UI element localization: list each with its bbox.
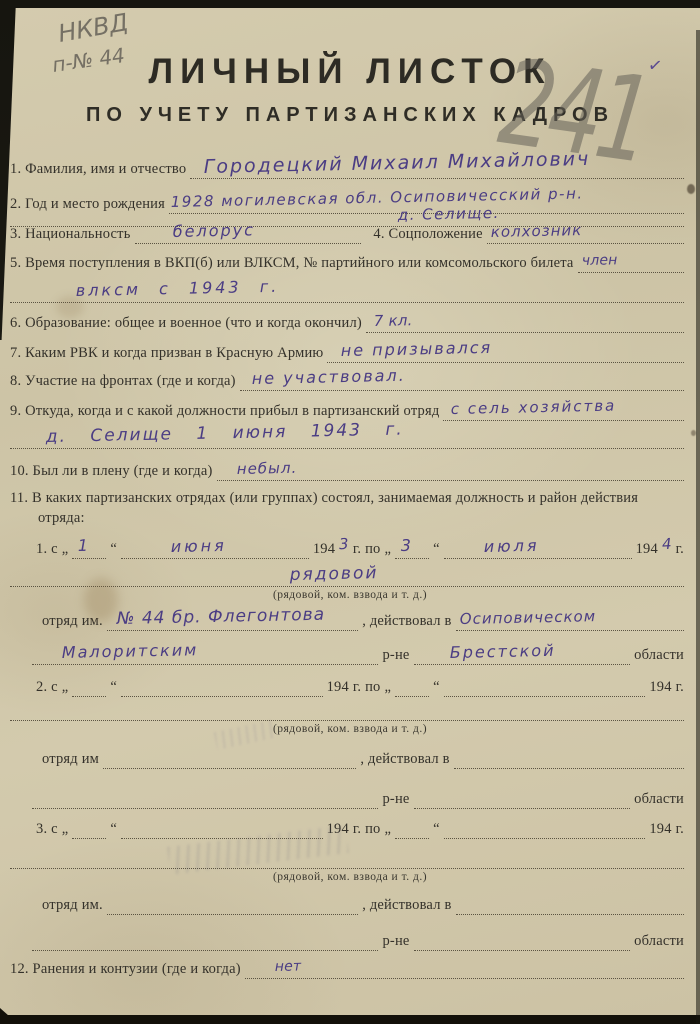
service-entry-1-unit: отряд им. № 44 бр. Флегонтова , действов… [40, 610, 686, 631]
oblast-label: области [632, 645, 686, 665]
field-label: 3. Национальность [8, 224, 133, 244]
to-label: г. по [351, 677, 383, 697]
handwritten-value: небыл. [236, 458, 297, 479]
service-entry-3-dates: 3. с „ “ 194 г. по „ “ 194 г. [34, 818, 686, 839]
handwritten-value: д. Селище. [398, 203, 500, 225]
handwritten-value: колхозник [490, 220, 582, 242]
service-entry-1-position: рядовой [8, 566, 686, 587]
service-entry-2-region: р-не области [30, 788, 686, 809]
handwritten-position: рядовой [290, 563, 379, 585]
field-rvk-draft: 7. Каким РВК и когда призван в Красную А… [8, 342, 686, 363]
acted-label: , действовал в [360, 611, 453, 631]
field-units-header-line2: отряда: [36, 508, 686, 528]
field-label: 10. Был ли в плену (где и когда) [8, 461, 215, 481]
month-to-line [444, 676, 646, 697]
handwritten-unit: № 44 бр. Флегонтова [116, 605, 325, 629]
field-party-membership: 5. Время поступления в ВКП(б) или ВЛКСМ,… [8, 252, 686, 273]
ink-speck [687, 184, 695, 194]
quote-open: „ [383, 539, 394, 559]
field-units-header: 11. В каких партизанских отрядах (или гр… [8, 488, 686, 508]
field-label: 8. Участие на фронтах (где и когда) [8, 371, 238, 391]
service-entry-2-unit: отряд им , действовал в [40, 748, 686, 769]
field-line: не призывался [327, 342, 684, 363]
field-label: 4. Соцположение [371, 224, 484, 244]
service-entry-3-region: р-не области [30, 930, 686, 951]
quote-close: “ [431, 677, 442, 697]
field-label: 7. Каким РВК и когда призван в Красную А… [8, 343, 325, 363]
handwritten-day: 1 [78, 536, 89, 556]
quote-open: „ [60, 819, 71, 839]
field-arrival-line2: д. Селище 1 июня 1943 г. [8, 428, 686, 449]
field-line: влксм с 1943 г. [10, 282, 684, 303]
field-line: нет [245, 958, 684, 979]
field-label: 9. Откуда, когда и с какой должности при… [8, 401, 441, 421]
field-label: 6. Образование: общее и военное (что и к… [8, 313, 364, 333]
handwritten-value: с сель хозяйства [451, 396, 617, 419]
handwritten-day: 3 [401, 536, 412, 556]
field-education: 6. Образование: общее и военное (что и к… [8, 312, 686, 333]
month-to-line [444, 818, 646, 839]
field-line: д. Селище 1 июня 1943 г. [10, 428, 684, 449]
field-captivity: 10. Был ли в плену (где и когда) небыл. [8, 460, 686, 481]
unit-line: № 44 бр. Флегонтова [107, 610, 358, 631]
position-caption: (рядовой, ком. взвода и т. д.) [0, 589, 700, 601]
unit-label: отряд им. [40, 611, 105, 631]
field-nationality-social: 3. Национальность белорус 4. Соцположени… [8, 223, 686, 244]
acted-line [454, 748, 684, 769]
year-print: 194 [634, 539, 660, 559]
year-print: 194 [325, 677, 351, 697]
service-entry-1-dates: 1. с „ 1 “ июня 194 3 г. по „ 3 “ июля 1… [34, 538, 686, 559]
month-to-line: июля [444, 538, 632, 559]
document-page: НКВД п-№ 44 241 ✓ ЛИЧНЫЙ ЛИСТОК ПО УЧЕТУ… [0, 0, 700, 1024]
field-line: с сель хозяйства [443, 400, 684, 421]
scanned-document: НКВД п-№ 44 241 ✓ ЛИЧНЫЙ ЛИСТОК ПО УЧЕТУ… [0, 0, 700, 1024]
scan-edge-right [696, 30, 700, 1024]
position-line: рядовой [10, 566, 684, 587]
handwritten-value: член [581, 250, 617, 271]
oblast-label: области [632, 789, 686, 809]
field-line: колхозник [487, 223, 684, 244]
field-line: небыл. [217, 460, 684, 481]
unit-line [107, 894, 358, 915]
position-line [10, 700, 684, 721]
district-label: р-не [380, 789, 411, 809]
district-line: Малоритским [32, 644, 378, 665]
unit-label: отряд им [40, 749, 101, 769]
quote-open: „ [60, 677, 71, 697]
oblast-line [414, 788, 631, 809]
quote-close: “ [108, 539, 119, 559]
service-entry-2-dates: 2. с „ “ 194 г. по „ “ 194 г. [34, 676, 686, 697]
acted-line [456, 894, 684, 915]
scan-edge-top [0, 0, 700, 8]
field-party-membership-line2: влксм с 1943 г. [8, 282, 686, 303]
pencil-page-number: 241 [492, 33, 655, 190]
field-wounds: 12. Ранения и контузии (где и когда) нет [8, 958, 686, 979]
pencil-note-nkvd: НКВД [56, 8, 130, 48]
handwritten-value: влксм с 1943 г. [76, 277, 280, 301]
quote-close: “ [431, 819, 442, 839]
district-line [32, 930, 378, 951]
handwritten-value: 7 кл. [374, 310, 413, 331]
month-from-line: июня [121, 538, 309, 559]
position-caption: (рядовой, ком. взвода и т. д.) [0, 723, 700, 735]
field-label: отряда: [36, 508, 87, 528]
to-label: г. по [351, 539, 383, 559]
entry-number: 2. с [34, 677, 60, 697]
handwritten-month: июля [483, 536, 539, 557]
acted-label: , действовал в [360, 895, 453, 915]
oblast-line [414, 930, 631, 951]
handwritten-value: не призывался [341, 338, 493, 361]
district-label: р-не [380, 645, 411, 665]
year-print: 194 [311, 539, 337, 559]
handwritten-month: июня [171, 536, 227, 557]
district-label: р-не [380, 931, 411, 951]
day-from-line [72, 676, 106, 697]
field-label: 11. В каких партизанских отрядах (или гр… [8, 488, 640, 508]
field-arrival: 9. Откуда, когда и с какой должности при… [8, 400, 686, 421]
handwritten-year-digit: 4 [661, 534, 672, 554]
quote-open: „ [60, 539, 71, 559]
quote-open: „ [383, 677, 394, 697]
handwritten-value: не участвовал. [251, 366, 405, 389]
field-line: 7 кл. [366, 312, 684, 333]
field-line: белорус [135, 223, 362, 244]
handwritten-acted: Осиповическом [459, 606, 596, 629]
position-caption: (рядовой, ком. взвода и т. д.) [0, 871, 700, 883]
acted-label: , действовал в [358, 749, 451, 769]
day-from-line [72, 818, 106, 839]
month-from-line [121, 676, 323, 697]
field-label: 5. Время поступления в ВКП(б) или ВЛКСМ,… [8, 253, 576, 273]
field-front-participation: 8. Участие на фронтах (где и когда) не у… [8, 370, 686, 391]
year-end: г. [674, 539, 686, 559]
quote-close: “ [108, 819, 119, 839]
day-to-line [395, 818, 429, 839]
handwritten-value: белорус [172, 220, 255, 242]
service-entry-3-unit: отряд им. , действовал в [40, 894, 686, 915]
oblast-label: области [632, 931, 686, 951]
quote-open: „ [383, 819, 394, 839]
handwritten-year-digit: 3 [339, 534, 350, 554]
acted-line: Осиповическом [456, 610, 684, 631]
day-to-line: 3 [395, 538, 429, 559]
scan-edge-bottom [0, 1015, 700, 1024]
handwritten-value: д. Селище 1 июня 1943 г. [46, 420, 404, 447]
day-from-line: 1 [72, 538, 106, 559]
service-entry-2-position [8, 700, 686, 721]
entry-number: 1. с [34, 539, 60, 559]
year-print: 194 [647, 677, 673, 697]
unit-line [103, 748, 356, 769]
handwritten-value: нет [274, 956, 301, 977]
quote-close: “ [431, 539, 442, 559]
year-end: г. [674, 819, 686, 839]
service-entry-1-region: Малоритским р-не Брестской области [30, 644, 686, 665]
oblast-line: Брестской [414, 644, 631, 665]
handwritten-district: Малоритским [62, 640, 199, 663]
entry-number: 3. с [34, 819, 60, 839]
day-to-line [395, 676, 429, 697]
handwritten-oblast: Брестской [449, 641, 555, 663]
field-label: 12. Ранения и контузии (где и когда) [8, 959, 243, 979]
year-print: 194 [647, 819, 673, 839]
district-line [32, 788, 378, 809]
field-line: член [578, 252, 684, 273]
year-end: г. [674, 677, 686, 697]
field-line: не участвовал. [240, 370, 684, 391]
quote-close: “ [108, 677, 119, 697]
unit-label: отряд им. [40, 895, 105, 915]
to-label: г. по [351, 819, 383, 839]
field-label: 1. Фамилия, имя и отчество [8, 159, 188, 179]
